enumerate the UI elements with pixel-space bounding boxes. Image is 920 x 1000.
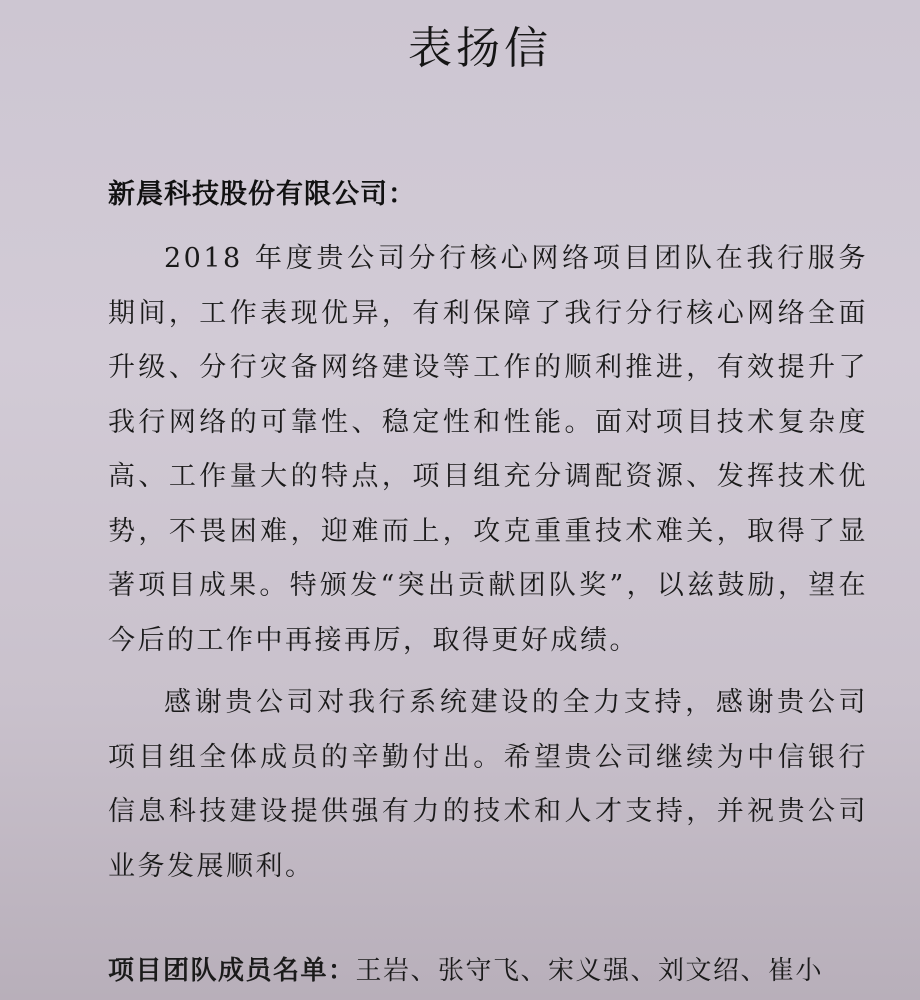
team-members-names: 王岩、张守飞、宋义强、刘文绍、崔小 — [356, 956, 824, 986]
letter-page: 表扬信 新晨科技股份有限公司： 2018 年度贵公司分行核心网络项目团队在我行服… — [0, 0, 920, 1000]
paragraph-commendation: 2018 年度贵公司分行核心网络项目团队在我行服务期间，工作表现优异，有利保障了… — [108, 232, 868, 668]
team-members-label: 项目团队成员名单： — [108, 956, 356, 986]
letter-title: 表扬信 — [0, 12, 920, 76]
salutation: 新晨科技股份有限公司： — [108, 172, 416, 211]
team-members-line: 项目团队成员名单：王岩、张守飞、宋义强、刘文绍、崔小 — [108, 950, 823, 987]
paragraph-thanks: 感谢贵公司对我行系统建设的全力支持，感谢贵公司项目组全体成员的辛勤付出。希望贵公… — [108, 676, 868, 894]
